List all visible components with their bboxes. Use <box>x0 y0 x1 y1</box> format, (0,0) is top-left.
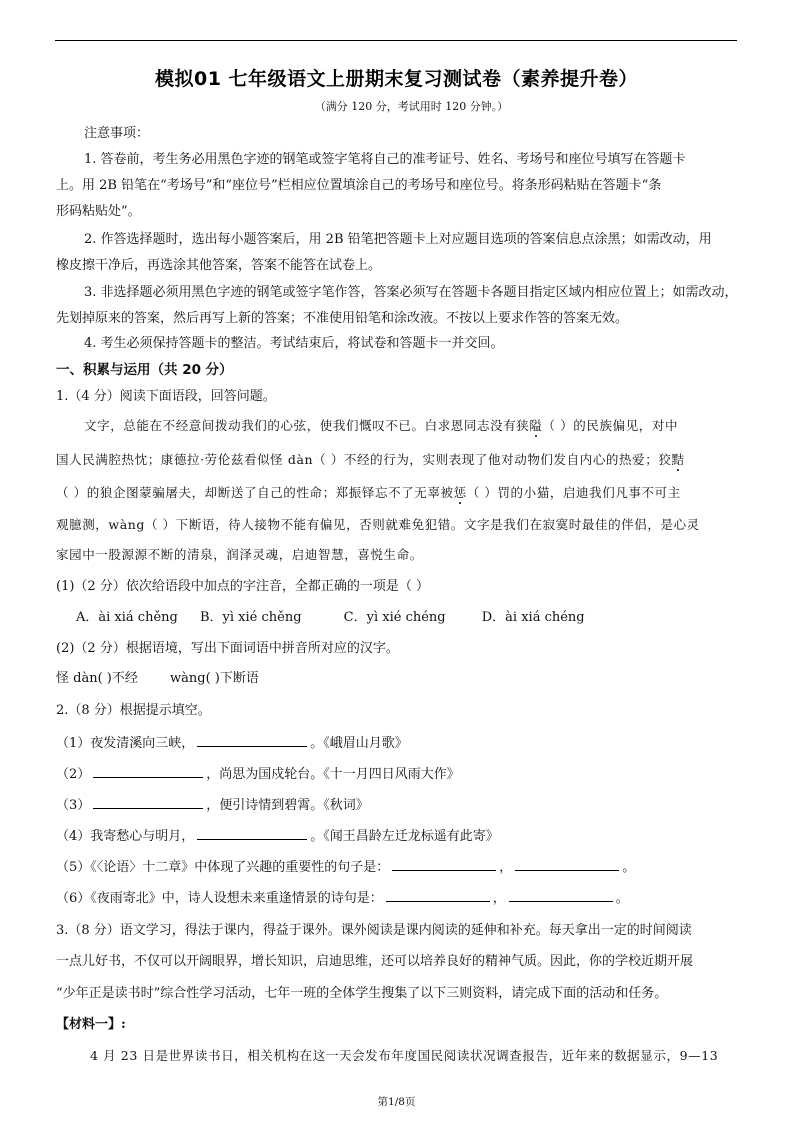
source-text: 。《闻王昌龄左迁龙标遥有此寄》 <box>310 829 499 844</box>
option-a[interactable]: A．ài xiá chěng <box>76 609 178 627</box>
q3-line-3: “少年正是读书时”综合性学习活动，七年一班的全体学生搜集了以下三则资料，请完成下… <box>56 985 746 1003</box>
source-text: ，尚思为国戍轮台。《十一月四日风雨大作》 <box>206 767 460 782</box>
blank-item-dan: 怪 dàn( )不经 <box>56 671 138 686</box>
header-rule <box>55 40 737 41</box>
prompt-text: （2） <box>56 767 90 782</box>
answer-blank[interactable] <box>197 734 307 747</box>
separator: ， <box>493 891 506 906</box>
q2-item-4: （4）我寄愁心与明月，。《闻王昌龄左迁龙标遥有此寄》 <box>56 827 746 846</box>
q2-item-3: （3），便引诗情到碧霄。《秋词》 <box>56 796 746 815</box>
option-c[interactable]: C．yì xié chéng <box>344 609 446 627</box>
notice-heading: 注意事项： <box>84 125 774 143</box>
q1-sub2-items: 怪 dàn( )不经 wàng( )下断语 <box>56 670 746 688</box>
notice-line-1: 1. 答卷前，考生务必用黑色字迹的钢笔或签字笔将自己的准考证号、姓名、考场号和座… <box>84 151 774 169</box>
answer-blank[interactable] <box>93 796 203 809</box>
passage-text: （ ）的狼企图蒙骗屠夫，却断送了自己的性命；郑振铎忘不了无辜被 <box>56 485 454 500</box>
answer-blank[interactable] <box>197 827 307 840</box>
separator: ， <box>499 860 512 875</box>
source-text: 。《峨眉山月歌》 <box>310 736 408 751</box>
material-text: 4 月 23 日是世界读书日，相关机构在这一天会发布年度国民阅读状况调查报告，近… <box>90 1047 780 1065</box>
prompt-text: （6）《夜雨寄北》中，诗人设想未来重逢情景的诗句是： <box>56 891 383 906</box>
prompt-text: （1）夜发清溪向三峡， <box>56 736 194 751</box>
passage-line-2: 国人民满腔热忱；康德拉·劳伦兹看似怪 dàn（ ）不经的行为，实则表现了他对动物… <box>56 451 746 469</box>
dotted-char: 黠 <box>671 452 684 467</box>
notice-line-7: 先划掉原来的答案，然后再写上新的答案；不准使用铅笔和涂改液。不按以上要求作答的答… <box>56 310 746 328</box>
page-number: 第1/8页 <box>0 1094 793 1109</box>
notice-line-8: 4. 考生必须保持答题卡的整洁。考试结束后，将试卷和答题卡一并交回。 <box>84 335 774 353</box>
answer-blank[interactable] <box>515 858 619 871</box>
option-d[interactable]: D．ài xiá chéng <box>482 609 585 627</box>
passage-line-4: 观臆测，wàng（ ）下断语，待人接物不能有偏见，否则就难免犯错。文字是我们在寂… <box>56 516 746 534</box>
notice-line-3: 形码粘贴处”。 <box>56 203 746 221</box>
notice-line-4: 2. 作答选择题时，选出每小题答案后，用 2B 铅笔把答题卡上对应题目选项的答案… <box>84 231 774 249</box>
blank-item-wang: wàng( )下断语 <box>170 671 259 686</box>
passage-line-1: 文字，总能在不经意间拨动我们的心弦，使我们慨叹不已。白求恩同志没有狭隘（ ）的民… <box>84 417 774 435</box>
q2-item-5: （5）《〈论语〉十二章》中体现了兴趣的重要性的句子是：，。 <box>56 858 746 877</box>
dotted-char: 惩 <box>454 485 467 500</box>
prompt-text: （4）我寄愁心与明月， <box>56 829 194 844</box>
passage-text: （ ）罚的小猫，启迪我们凡事不可主 <box>467 485 681 500</box>
answer-blank[interactable] <box>93 765 203 778</box>
end-mark: 。 <box>622 860 635 875</box>
prompt-text: （3） <box>56 798 90 813</box>
answer-blank[interactable] <box>509 889 613 902</box>
notice-line-5: 橡皮擦干净后，再选涂其他答案，答案不能答在试卷上。 <box>56 257 746 275</box>
dotted-char: 隘 <box>529 418 542 433</box>
option-b[interactable]: B．yì xié chěng <box>200 609 302 627</box>
prompt-text: （5）《〈论语〉十二章》中体现了兴趣的重要性的句子是： <box>56 860 389 875</box>
passage-text: 文字，总能在不经意间拨动我们的心弦，使我们慨叹不已。白求恩同志没有狭 <box>84 418 529 433</box>
exam-info: （满分 120 分，考试用时 120 分钟。） <box>0 98 793 114</box>
passage-line-3: （ ）的狼企图蒙骗屠夫，却断送了自己的性命；郑振铎忘不了无辜被惩（ ）罚的小猫，… <box>56 484 746 502</box>
notice-line-2: 上。用 2B 铅笔在“考场号”和“座位号”栏相应位置填涂自己的考场号和座位号。将… <box>56 177 746 195</box>
page-title: 模拟01 七年级语文上册期末复习测试卷（素养提升卷） <box>0 64 793 91</box>
passage-text: 国人民满腔热忱；康德拉·劳伦兹看似怪 dàn（ ）不经的行为，实则表现了他对动物… <box>56 452 671 467</box>
end-mark: 。 <box>616 891 629 906</box>
q1-stem: 1.（4 分）阅读下面语段，回答问题。 <box>56 388 746 406</box>
q1-sub1-stem: (1)（2 分）依次给语段中加点的字注音，全都正确的一项是（ ） <box>56 578 746 596</box>
q1-sub1-options: A．ài xiá chěng B．yì xié chěng C．yì xié c… <box>76 609 766 627</box>
q3-line-1: 3.（8 分）语文学习，得法于课内，得益于课外。课外阅读是课内阅读的延伸和补充。… <box>56 922 746 940</box>
q2-item-1: （1）夜发清溪向三峡，。《峨眉山月歌》 <box>56 734 746 753</box>
q3-line-2: 一点儿好书，不仅可以开阔眼界，增长知识，启迪思维，还可以培养良好的精神气质。因此… <box>56 953 746 971</box>
section-heading: 一、积累与运用（共 20 分） <box>56 361 746 379</box>
q2-item-2: （2），尚思为国戍轮台。《十一月四日风雨大作》 <box>56 765 746 784</box>
passage-line-5: 家园中一股源源不断的清泉，润泽灵魂，启迪智慧，喜悦生命。 <box>56 546 746 564</box>
source-text: ，便引诗情到碧霄。《秋词》 <box>206 798 369 813</box>
q2-stem: 2.（8 分）根据提示填空。 <box>56 702 746 720</box>
material-label: 【材料一】: <box>56 1016 746 1034</box>
notice-line-6: 3. 非选择题必须用黑色字迹的钢笔或签字笔作答，答案必须写在答题卡各题目指定区域… <box>84 284 774 302</box>
q1-sub2-stem: (2)（2 分）根据语境，写出下面词语中拼音所对应的汉字。 <box>56 640 746 658</box>
answer-blank[interactable] <box>386 889 490 902</box>
q2-item-6: （6）《夜雨寄北》中，诗人设想未来重逢情景的诗句是：，。 <box>56 889 746 908</box>
passage-text: （ ）的民族偏见，对中 <box>543 418 679 433</box>
answer-blank[interactable] <box>392 858 496 871</box>
